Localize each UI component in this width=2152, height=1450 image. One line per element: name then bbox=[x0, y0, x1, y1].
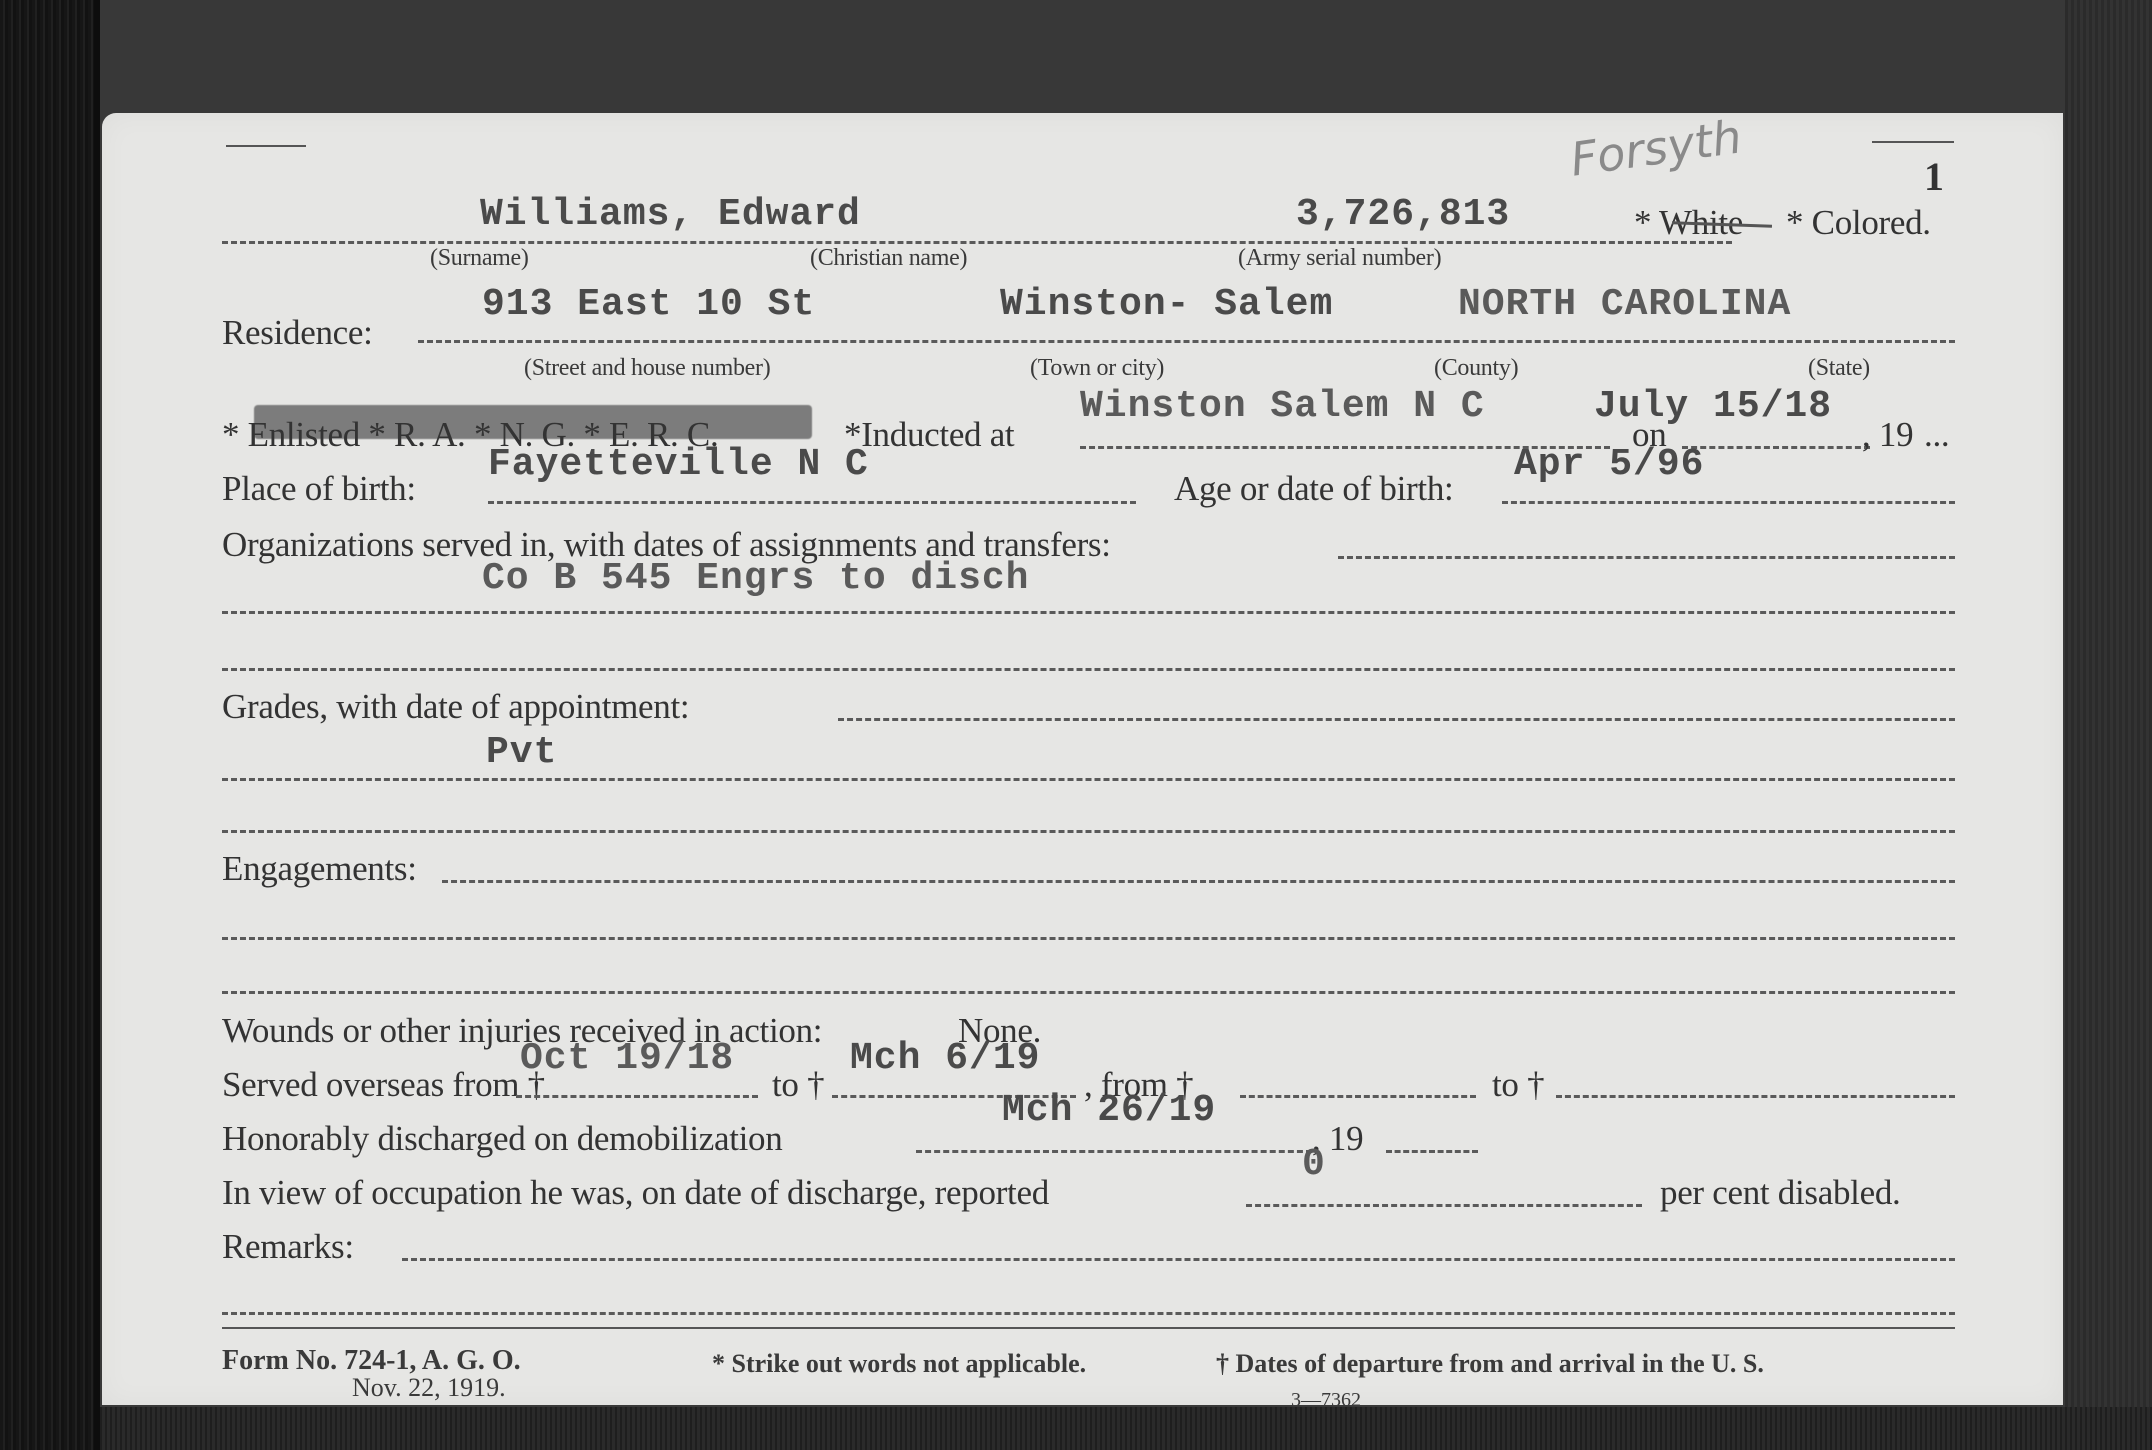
birthdate-label: Age or date of birth: bbox=[1174, 469, 1453, 509]
strike-note: * Strike out words not applicable. bbox=[712, 1349, 1086, 1379]
inducted-at-label: *Inducted at bbox=[844, 415, 1014, 455]
inducted-at-value: Winston Salem N C bbox=[1080, 385, 1485, 428]
organizations-value: Co B 545 Engrs to disch bbox=[482, 557, 1030, 600]
discharge-line bbox=[916, 1150, 1312, 1153]
discharge-year-line bbox=[1386, 1150, 1478, 1153]
microfilm-right-edge bbox=[2065, 0, 2152, 1450]
discharge-date: Mch 26/19 bbox=[1002, 1089, 1216, 1132]
microfilm-left-edge bbox=[0, 0, 94, 1450]
state-label: (State) bbox=[1808, 355, 1870, 382]
grades-label: Grades, with date of appointment: bbox=[222, 687, 689, 727]
remarks-label: Remarks: bbox=[222, 1227, 354, 1267]
residence-street: 913 East 10 St bbox=[482, 283, 815, 326]
serial-label: (Army serial number) bbox=[1238, 245, 1441, 272]
organizations-line-1 bbox=[1338, 556, 1955, 559]
residence-line bbox=[418, 340, 1955, 343]
print-code: 3—7362 bbox=[1291, 1389, 1361, 1412]
organizations-line-3 bbox=[222, 668, 1955, 671]
card-number: 1 bbox=[1924, 153, 1944, 200]
remarks-line-1 bbox=[402, 1258, 1955, 1261]
top-right-rule bbox=[1872, 141, 1954, 143]
induction-date: July 15/18 bbox=[1594, 385, 1832, 428]
year-suffix: ... bbox=[1924, 415, 1949, 455]
birthplace-line bbox=[488, 501, 1136, 504]
remarks-line-2 bbox=[222, 1312, 1955, 1315]
induction-date-line bbox=[1682, 446, 1870, 449]
birthplace-value: Fayetteville N C bbox=[488, 443, 869, 486]
dagger-note: † Dates of departure from and arrival in… bbox=[1216, 1349, 1764, 1379]
birthdate-line bbox=[1502, 501, 1955, 504]
town-label: (Town or city) bbox=[1030, 355, 1164, 382]
residence-state: NORTH CAROLINA bbox=[1458, 283, 1791, 326]
grades-value: Pvt bbox=[486, 731, 557, 774]
street-label: (Street and house number) bbox=[524, 355, 770, 382]
engagements-line-3 bbox=[222, 991, 1955, 994]
overseas-from2-line bbox=[1240, 1095, 1476, 1098]
disability-label: In view of occupation he was, on date of… bbox=[222, 1173, 1049, 1213]
disability-suffix: per cent disabled. bbox=[1660, 1173, 1900, 1213]
overseas-from-label: Served overseas from † bbox=[222, 1065, 545, 1105]
serial-value: 3,726,813 bbox=[1296, 193, 1510, 236]
overseas-from-line bbox=[516, 1095, 758, 1098]
name-line bbox=[222, 241, 1732, 244]
overseas-to-date: Mch 6/19 bbox=[850, 1037, 1040, 1080]
county-label: (County) bbox=[1434, 355, 1518, 382]
engagements-line-1 bbox=[442, 880, 1955, 883]
county-annotation: Forsyth bbox=[1567, 109, 1745, 186]
race-colored-label: * Colored. bbox=[1786, 203, 1931, 243]
grades-line-3 bbox=[222, 830, 1955, 833]
year-label: , 19 bbox=[1862, 415, 1913, 455]
residence-town: Winston- Salem bbox=[1000, 283, 1333, 326]
top-left-rule bbox=[226, 145, 306, 147]
residence-label: Residence: bbox=[222, 313, 373, 353]
birthplace-label: Place of birth: bbox=[222, 469, 416, 509]
footer-divider bbox=[222, 1327, 1955, 1329]
disability-value: 0 bbox=[1302, 1143, 1326, 1186]
disability-line bbox=[1246, 1204, 1642, 1207]
service-record-card: Forsyth 1 Williams, Edward 3,726,813 * W… bbox=[102, 113, 2063, 1405]
microfilm-bottom-edge bbox=[100, 1407, 2152, 1450]
overseas-to2-label: to † bbox=[1492, 1065, 1544, 1105]
name-value: Williams, Edward bbox=[480, 193, 861, 236]
christian-name-label: (Christian name) bbox=[810, 245, 967, 272]
overseas-from-date: Oct 19/18 bbox=[520, 1037, 734, 1080]
surname-label: (Surname) bbox=[430, 245, 529, 272]
grades-line-1 bbox=[838, 718, 1955, 721]
grades-line-2 bbox=[222, 778, 1955, 781]
engagements-label: Engagements: bbox=[222, 849, 417, 889]
birthdate-value: Apr 5/96 bbox=[1514, 443, 1704, 486]
engagements-line-2 bbox=[222, 937, 1955, 940]
organizations-line-2 bbox=[222, 611, 1955, 614]
discharge-label: Honorably discharged on demobilization bbox=[222, 1119, 782, 1159]
overseas-to-label: to † bbox=[772, 1065, 824, 1105]
form-date: Nov. 22, 1919. bbox=[352, 1373, 506, 1403]
overseas-to2-line bbox=[1556, 1095, 1955, 1098]
